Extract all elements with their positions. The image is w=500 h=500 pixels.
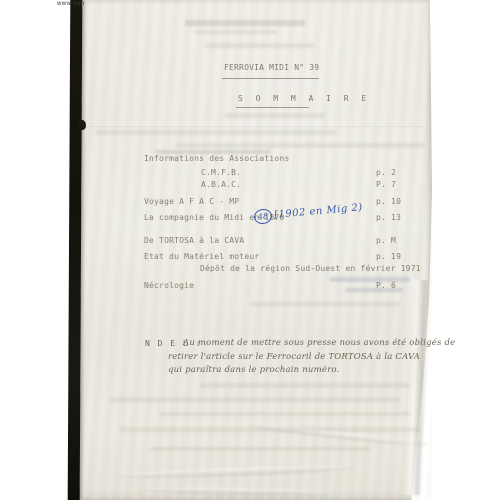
ghost-text-artifact: [205, 43, 315, 48]
ghost-text-artifact: [110, 397, 400, 402]
ghost-text-artifact: [185, 20, 305, 26]
note-line: Au moment de mettre sous presse nous avo…: [183, 338, 455, 348]
ghost-text-artifact: [160, 412, 410, 416]
binding-mark: [79, 120, 86, 130]
ghost-text-artifact: [225, 113, 325, 118]
toc-entry-page: p. 2: [376, 168, 396, 178]
paper-crease: [82, 125, 427, 127]
toc-entry-label: Etat du Matériel moteur: [144, 252, 259, 262]
toc-entry-page: p. 13: [376, 213, 401, 223]
watermark-text: www.con: [57, 1, 85, 7]
toc-entry-label: Nécrologie: [144, 281, 194, 291]
title-underline: [222, 78, 319, 79]
toc-entry-page: P. 7: [376, 180, 396, 190]
scanned-document-page: www.con FERROVIA MIDI N° 39 S O M M A I …: [0, 0, 500, 500]
ghost-text-artifact: [150, 447, 370, 451]
toc-entry-page: p. M: [376, 236, 396, 246]
toc-entry-label: Informations des Associations: [144, 154, 289, 164]
toc-entry-page: p. 10: [376, 197, 401, 207]
ghost-text-artifact: [175, 143, 425, 148]
heading-underline: [236, 107, 309, 108]
toc-entry-label: De TORTOSA à la CAVA: [144, 236, 244, 246]
toc-entry-label: A.B.A.C.: [201, 180, 241, 190]
note-line: qui paraîtra dans le prochain numéro.: [168, 365, 339, 375]
toc-entry-label: C.M.F.B.: [201, 168, 241, 178]
toc-entry-page: p. 19: [376, 252, 401, 262]
sommaire-heading: S O M M A I R E: [238, 94, 370, 104]
toc-entry-label: Dépôt de la région Sud-Ouest en février …: [200, 264, 421, 274]
toc-entry-label: Voyage A F A C - MP: [144, 197, 239, 207]
ghost-text-artifact: [250, 302, 400, 306]
toc-entry-page: P. 6: [376, 281, 396, 291]
ghost-text-artifact: [95, 130, 335, 135]
ghost-text-artifact: [195, 30, 277, 34]
ghost-text-artifact: [200, 383, 410, 388]
paper-crease: [85, 312, 415, 314]
ghost-text-artifact: [120, 427, 420, 432]
note-line: retirer l'article sur le Ferrocaril de T…: [168, 352, 420, 362]
page-title: FERROVIA MIDI N° 39: [224, 63, 319, 73]
